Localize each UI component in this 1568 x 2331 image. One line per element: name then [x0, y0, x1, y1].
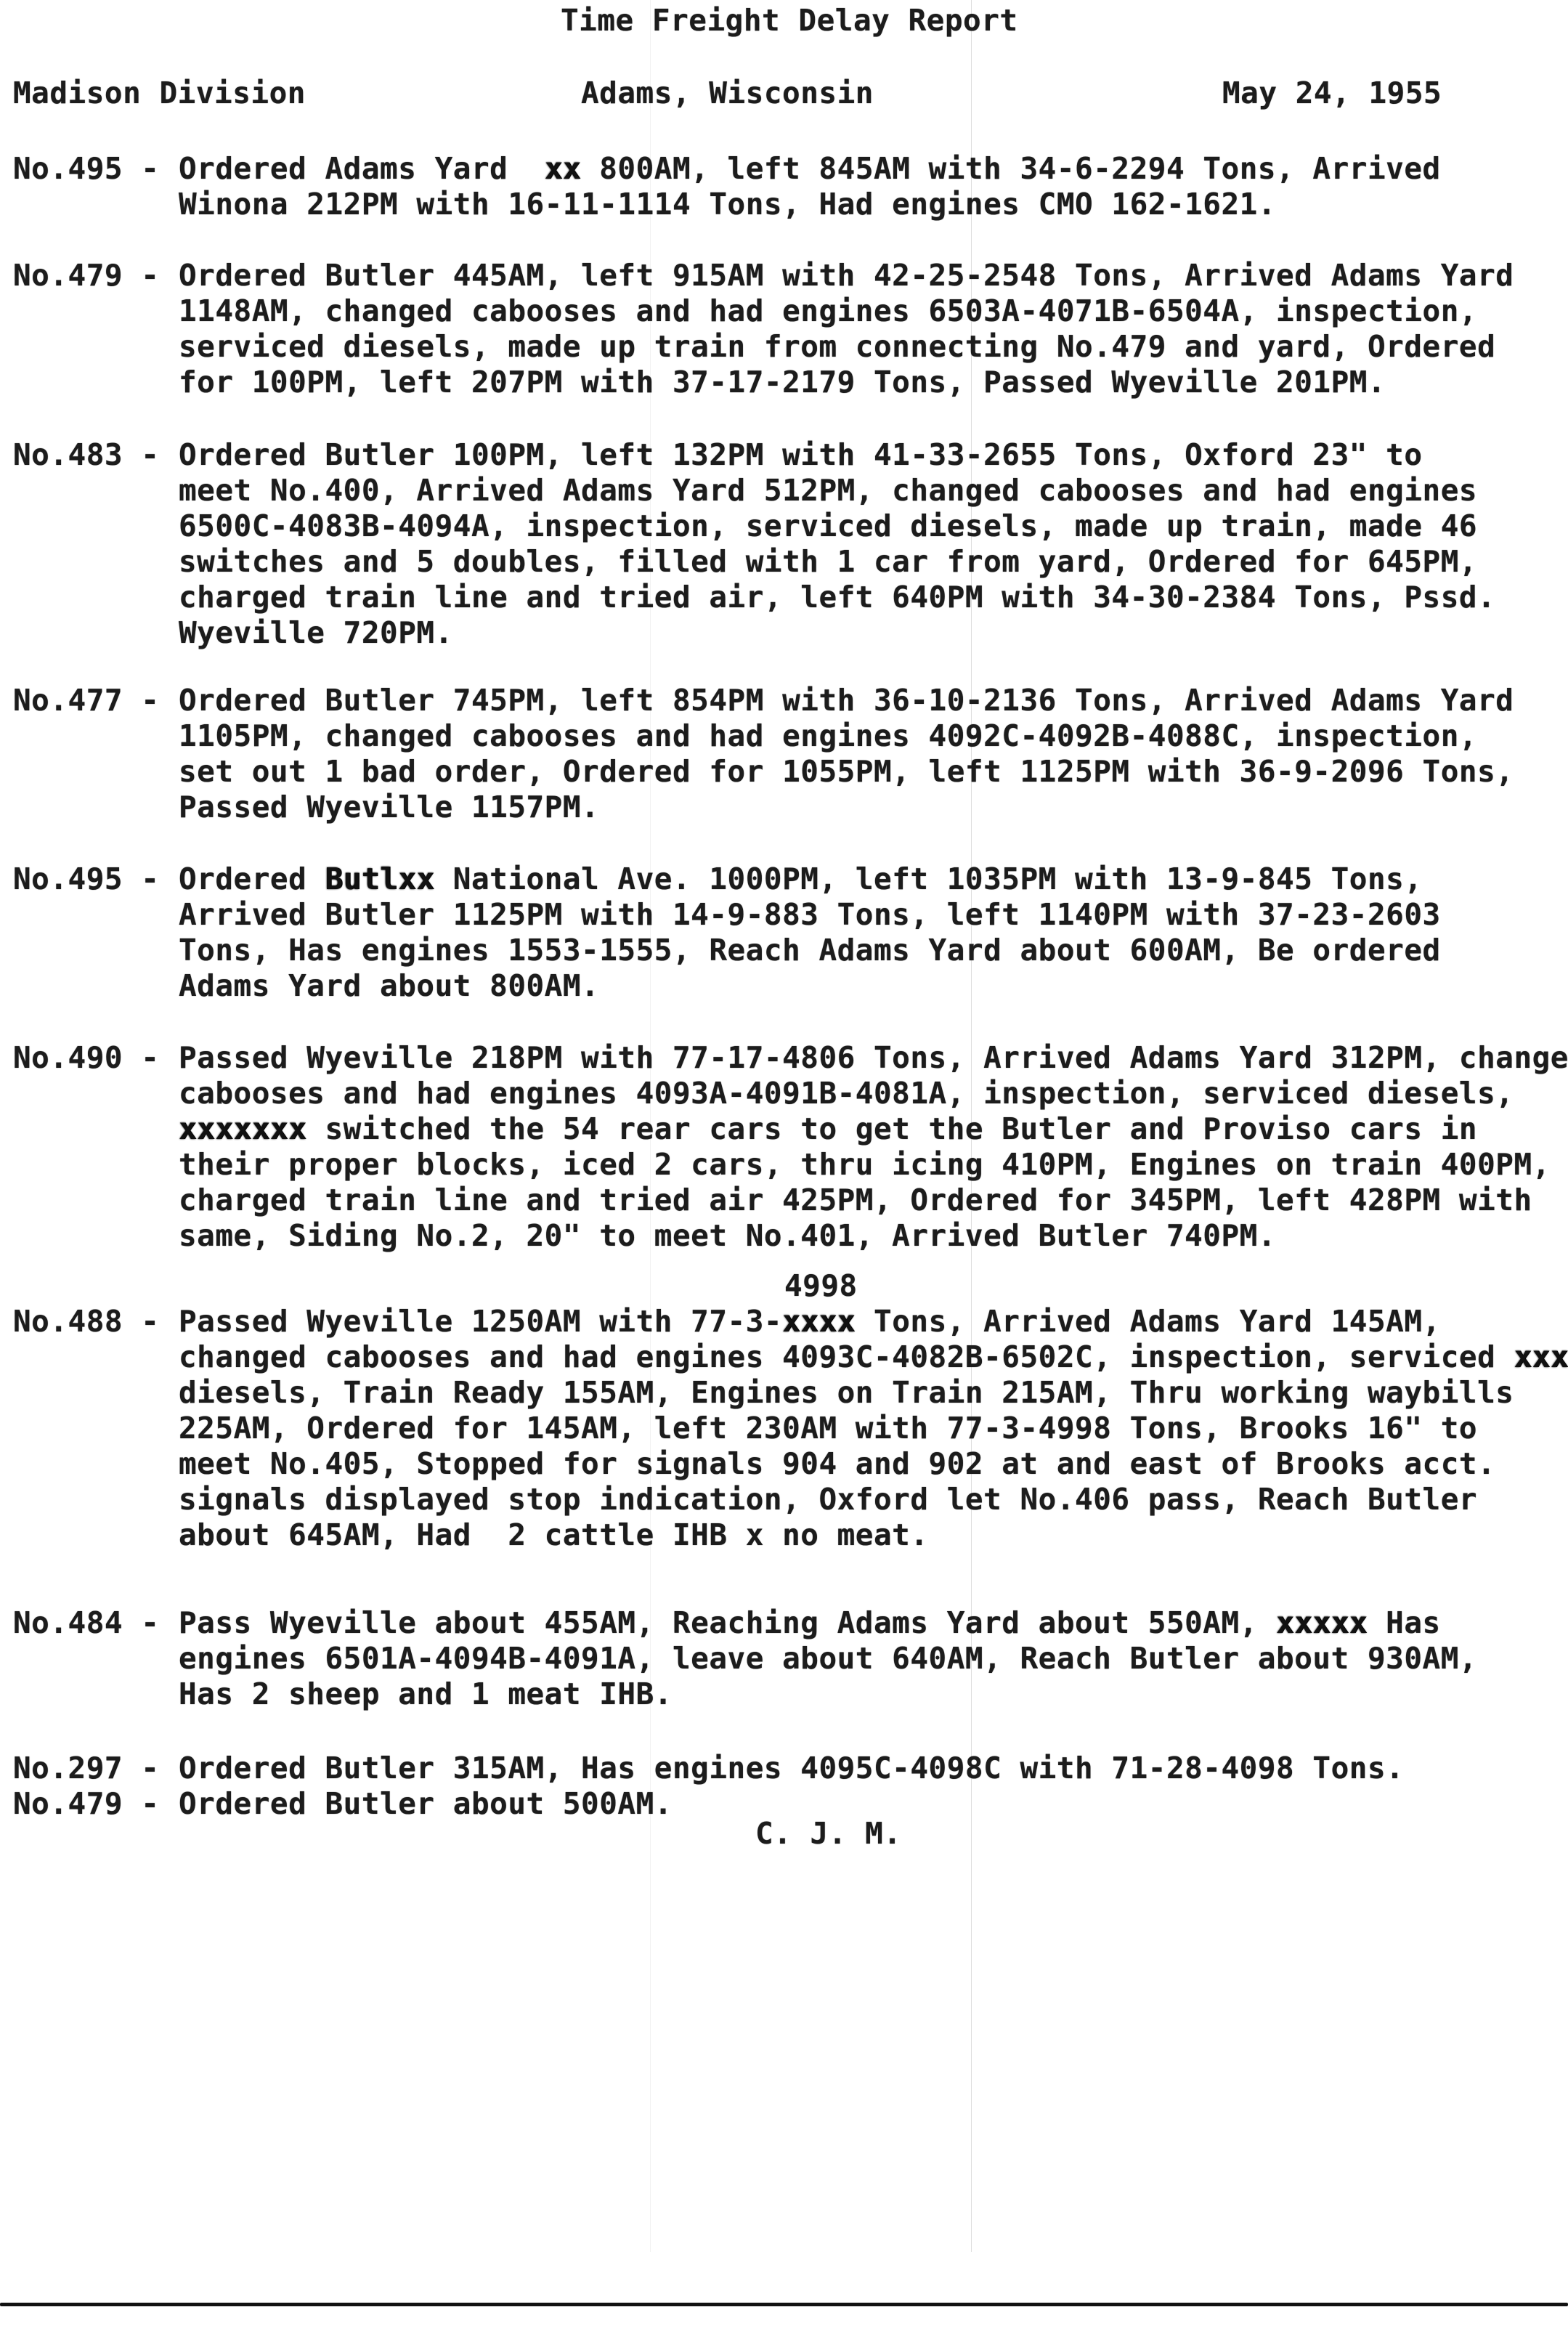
location-label: Adams, Wisconsin — [581, 76, 874, 111]
struck-text: xxxx — [782, 1304, 856, 1339]
train-number: No.488 - — [13, 1304, 159, 1339]
entry-line: Arrived Butler 1125PM with 14-9-883 Tons… — [179, 897, 1441, 933]
entry-line: cabooses and had engines 4093A-4091B-408… — [179, 1076, 1568, 1111]
entry-line: Tons, Has engines 1553-1555, Reach Adams… — [179, 933, 1441, 968]
entry-line: meet No.405, Stopped for signals 904 and… — [179, 1446, 1568, 1482]
train-number: No.495 - — [13, 151, 159, 187]
train-entry-text: Ordered Butler 445AM, left 915AM with 42… — [179, 258, 1514, 400]
entry-line: Ordered Butler about 500AM. — [179, 1786, 673, 1822]
struck-text: xx — [545, 151, 581, 186]
entry-line: 1148AM, changed cabooses and had engines… — [179, 293, 1514, 329]
entry-line: about 645AM, Had 2 cattle IHB x no meat. — [179, 1517, 1568, 1553]
train-entry-text: Passed Wyeville 218PM with 77-17-4806 To… — [179, 1040, 1568, 1254]
train-number: No.479 - — [13, 258, 159, 293]
handwritten-correction: 4998 — [784, 1268, 858, 1304]
entry-line: same, Siding No.2, 20" to meet No.401, A… — [179, 1218, 1568, 1254]
train-number: No.479 - — [13, 1786, 159, 1822]
report-date: May 24, 1955 — [1222, 76, 1442, 111]
train-number: No.483 - — [13, 437, 159, 473]
entry-line: charged train line and tried air 425PM, … — [179, 1183, 1568, 1218]
entry-line: for 100PM, left 207PM with 37-17-2179 To… — [179, 365, 1514, 400]
struck-text: xxxxxxx — [179, 1111, 306, 1146]
entry-line: xxxxxxx switched the 54 rear cars to get… — [179, 1111, 1568, 1147]
entry-line: diesels, Train Ready 155AM, Engines on T… — [179, 1375, 1568, 1411]
train-number: No.484 - — [13, 1605, 159, 1641]
entry-line: Pass Wyeville about 455AM, Reaching Adam… — [179, 1605, 1477, 1641]
train-entry-text: Ordered Butlxx National Ave. 1000PM, lef… — [179, 862, 1441, 1004]
entry-line: meet No.400, Arrived Adams Yard 512PM, c… — [179, 473, 1495, 508]
train-entry-text: Ordered Butler 745PM, left 854PM with 36… — [179, 683, 1514, 825]
train-number: No.490 - — [13, 1040, 159, 1076]
entry-line: Wyeville 720PM. — [179, 615, 1495, 651]
struck-text: xxxxx — [1276, 1605, 1368, 1640]
entry-line: 1105PM, changed cabooses and had engines… — [179, 718, 1514, 754]
typewritten-page: Time Freight Delay Report Madison Divisi… — [0, 0, 1568, 2331]
entry-line: signals displayed stop indication, Oxfor… — [179, 1482, 1568, 1517]
entry-line: Passed Wyeville 218PM with 77-17-4806 To… — [179, 1040, 1568, 1076]
train-number: No.297 - — [13, 1751, 159, 1786]
entry-line: Winona 212PM with 16-11-1114 Tons, Had e… — [179, 187, 1441, 222]
train-number: No.477 - — [13, 683, 159, 718]
report-title: Time Freight Delay Report — [561, 3, 1018, 38]
train-entry-text: Ordered Butler 100PM, left 132PM with 41… — [179, 437, 1495, 651]
entry-line: Has 2 sheep and 1 meat IHB. — [179, 1677, 1477, 1712]
page-bottom-edge — [0, 2303, 1568, 2306]
struck-text: Butlxx — [325, 862, 434, 896]
entry-line: switches and 5 doubles, filled with 1 ca… — [179, 544, 1495, 580]
train-entry-text: Ordered Adams Yard xx 800AM, left 845AM … — [179, 151, 1441, 222]
entry-line: Ordered Butler 100PM, left 132PM with 41… — [179, 437, 1495, 473]
entry-line: charged train line and tried air, left 6… — [179, 580, 1495, 615]
train-number: No.495 - — [13, 862, 159, 897]
entry-line: engines 6501A-4094B-4091A, leave about 6… — [179, 1641, 1477, 1677]
entry-line: Ordered Butler 745PM, left 854PM with 36… — [179, 683, 1514, 718]
train-entry-text: Ordered Butler about 500AM. — [179, 1786, 673, 1822]
entry-line: Passed Wyeville 1250AM with 77-3-xxxx To… — [179, 1304, 1568, 1339]
struck-text: xxx — [1514, 1339, 1568, 1374]
entry-line: their proper blocks, iced 2 cars, thru i… — [179, 1147, 1568, 1183]
entry-line: Ordered Butler 445AM, left 915AM with 42… — [179, 258, 1514, 293]
train-entry-text: Passed Wyeville 1250AM with 77-3-xxxx To… — [179, 1304, 1568, 1553]
entry-line: Adams Yard about 800AM. — [179, 968, 1441, 1004]
entry-line: 225AM, Ordered for 145AM, left 230AM wit… — [179, 1411, 1568, 1446]
entry-line: Passed Wyeville 1157PM. — [179, 790, 1514, 825]
entry-line: Ordered Butler 315AM, Has engines 4095C-… — [179, 1751, 1404, 1786]
entry-line: Ordered Butlxx National Ave. 1000PM, lef… — [179, 862, 1441, 897]
train-entry-text: Ordered Butler 315AM, Has engines 4095C-… — [179, 1751, 1404, 1786]
entry-line: set out 1 bad order, Ordered for 1055PM,… — [179, 754, 1514, 790]
signature-initials: C. J. M. — [755, 1816, 901, 1852]
entry-line: changed cabooses and had engines 4093C-4… — [179, 1339, 1568, 1375]
entry-line: 6500C-4083B-4094A, inspection, serviced … — [179, 508, 1495, 544]
train-entry-text: Pass Wyeville about 455AM, Reaching Adam… — [179, 1605, 1477, 1712]
entry-line: Ordered Adams Yard xx 800AM, left 845AM … — [179, 151, 1441, 187]
entry-line: serviced diesels, made up train from con… — [179, 329, 1514, 365]
division-label: Madison Division — [13, 76, 306, 111]
